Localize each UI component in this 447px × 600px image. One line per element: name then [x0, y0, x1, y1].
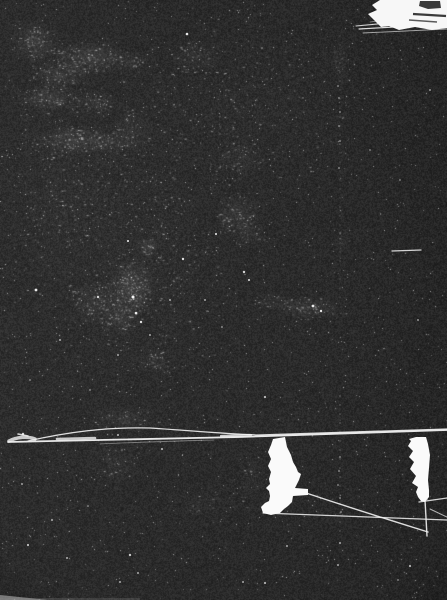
bright-speck: [117, 434, 119, 436]
bright-speck: [312, 305, 315, 308]
bright-speck: [161, 448, 163, 450]
bright-speck: [215, 233, 217, 235]
bright-speck: [22, 433, 24, 435]
bright-speck: [399, 179, 401, 181]
bright-speck: [29, 379, 31, 381]
dotted-track-bead: [338, 125, 340, 127]
scratch-line: [392, 250, 421, 251]
bright-speck: [129, 554, 131, 556]
bright-speck: [264, 396, 266, 398]
bright-speck: [369, 149, 371, 151]
scratch-line: [263, 513, 447, 520]
dotted-track-bead: [339, 456, 341, 458]
dotted-track-bead: [338, 97, 340, 99]
dotted-track-bead: [340, 511, 342, 513]
dotted-track-bead: [339, 497, 341, 499]
bright-speck: [117, 354, 119, 356]
bright-speck: [127, 240, 129, 242]
scratch-line: [221, 435, 251, 436]
bright-speck: [182, 258, 184, 260]
bright-speck: [21, 483, 23, 485]
bright-speck: [286, 545, 288, 547]
dotted-track-bead: [339, 140, 341, 142]
bright-speck: [243, 271, 245, 273]
dotted-track-bead: [337, 85, 339, 87]
dotted-track-bead: [337, 484, 339, 486]
bright-speck: [35, 289, 38, 292]
bright-speck: [264, 582, 266, 584]
bright-speck: [337, 564, 339, 566]
bright-speck: [409, 565, 411, 567]
bright-speck: [27, 544, 29, 546]
abstract-print-image: [0, 0, 447, 600]
bright-speck: [132, 296, 135, 299]
bright-speck: [242, 581, 244, 583]
bright-speck: [137, 572, 139, 574]
bright-speck: [169, 299, 171, 301]
bright-speck: [51, 519, 53, 521]
white-blob-left: [261, 437, 308, 515]
dotted-track-bead: [339, 111, 341, 113]
dotted-track-bead: [338, 167, 340, 169]
bright-speck: [204, 299, 206, 301]
artwork-overlay-svg: [0, 0, 447, 600]
dotted-track-bead: [338, 470, 340, 472]
bright-speck: [221, 326, 223, 328]
bright-speck: [339, 542, 341, 544]
bright-speck: [89, 389, 91, 391]
scratch-line: [430, 509, 447, 517]
bright-speck: [429, 89, 431, 91]
bright-speck: [119, 581, 121, 583]
scratch-line: [100, 440, 214, 444]
scratch-line: [57, 438, 95, 439]
scratch-line: [294, 489, 428, 532]
bright-speck: [186, 33, 189, 36]
bright-speck: [248, 279, 250, 281]
bright-speck: [97, 296, 99, 298]
bright-speck: [135, 312, 138, 315]
bright-speck: [397, 579, 399, 581]
bright-speck: [140, 321, 142, 323]
bright-speck: [149, 334, 151, 336]
bright-speck: [66, 557, 68, 559]
white-blob-right: [408, 437, 430, 502]
bright-speck: [320, 310, 322, 312]
bright-speck: [417, 319, 419, 321]
bright-speck: [59, 339, 61, 341]
bright-speck: [87, 505, 89, 507]
